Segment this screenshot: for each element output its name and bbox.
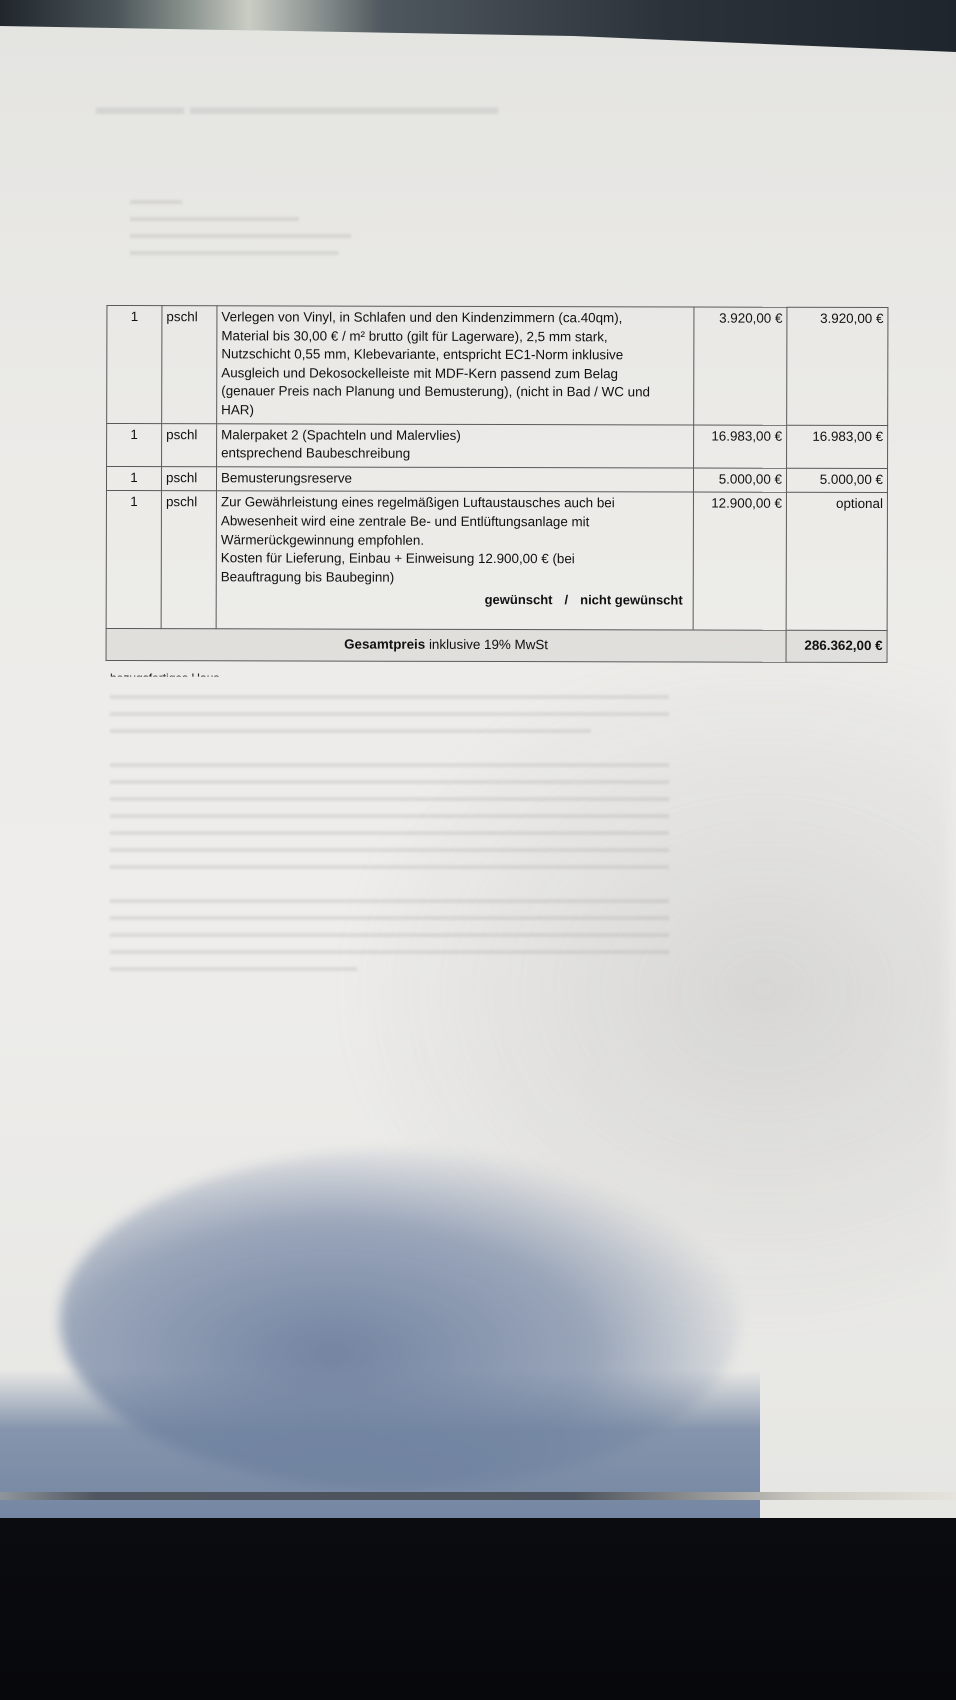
row-total: optional	[786, 493, 887, 631]
table-row: 1 pschl Zur Gewährleistung eines regelmä…	[106, 491, 887, 631]
row-quantity: 1	[107, 423, 162, 466]
description-line: Beauftragung bis Baubeginn)	[221, 568, 689, 588]
row-quantity: 1	[107, 305, 162, 423]
row-description: Verlegen von Vinyl, in Schlafen und den …	[217, 306, 694, 425]
grand-total: 286.362,00 €	[786, 630, 887, 662]
row-description: Malerpaket 2 (Spachteln und Malervlies) …	[217, 423, 694, 467]
table-row: 1 pschl Malerpaket 2 (Spachteln und Male…	[107, 423, 888, 468]
description-line: Kosten für Lieferung, Einbau + Einweisun…	[221, 549, 689, 569]
table-row: 1 pschl Bemusterungsreserve 5.000,00 € 5…	[106, 466, 887, 493]
description-line: Abwesenheit wird eine zentrale Be- und E…	[221, 512, 689, 532]
background-surface-bottom	[0, 1518, 956, 1700]
description-line: Wärmerückgewinnung empfohlen.	[221, 531, 689, 551]
description-line: Nutzschicht 0,55 mm, Klebevariante, ents…	[221, 345, 689, 365]
row-unit-price: 5.000,00 €	[693, 468, 786, 493]
total-label-rest: inklusive 19% MwSt	[425, 637, 548, 652]
row-quantity: 1	[106, 491, 161, 629]
table-row: 1 pschl Verlegen von Vinyl, in Schlafen …	[107, 305, 888, 425]
description-line: (genauer Preis nach Planung und Bemuster…	[221, 383, 689, 403]
total-row: Gesamtpreis inklusive 19% MwSt 286.362,0…	[106, 628, 887, 662]
description-line: entsprechend Baubeschreibung	[221, 444, 689, 464]
row-unit-price: 3.920,00 €	[694, 307, 787, 425]
option-not-wanted[interactable]: nicht gewünscht	[580, 593, 683, 608]
paper-edge	[0, 1492, 956, 1500]
row-unit: pschl	[161, 491, 216, 629]
description-line: Material bis 30,00 € / m² brutto (gilt f…	[221, 327, 689, 347]
description-line: Ausgleich und Dekosockelleiste mit MDF-K…	[221, 364, 689, 384]
row-unit: pschl	[162, 306, 217, 424]
total-label: Gesamtpreis inklusive 19% MwSt	[106, 628, 786, 661]
row-total: 5.000,00 €	[786, 468, 887, 493]
description-line: Verlegen von Vinyl, in Schlafen und den …	[221, 308, 689, 328]
description-line: Bemusterungsreserve	[221, 469, 689, 489]
option-choice: gewünscht/nicht gewünscht	[221, 591, 689, 611]
row-unit-price: 12.900,00 €	[693, 492, 786, 630]
total-label-bold: Gesamtpreis	[344, 637, 425, 652]
row-unit-price: 16.983,00 €	[694, 425, 787, 468]
row-description: Bemusterungsreserve	[216, 467, 693, 493]
bleed-through-text: ▬▬▬▬ ▬▬▬▬▬▬▬▬▬▬▬▬▬▬	[96, 98, 856, 115]
row-quantity: 1	[106, 466, 161, 491]
description-line: Zur Gewährleistung eines regelmäßigen Lu…	[221, 494, 689, 514]
row-total: 3.920,00 €	[787, 307, 888, 425]
row-description: Zur Gewährleistung eines regelmäßigen Lu…	[216, 491, 693, 630]
row-unit: pschl	[162, 423, 217, 466]
option-separator: /	[564, 592, 568, 607]
description-line: HAR)	[221, 401, 689, 421]
row-unit: pschl	[161, 466, 216, 491]
bleed-through-text: ▬▬▬▬▬▬▬▬▬▬▬▬▬▬▬▬▬▬▬▬▬▬▬▬▬▬▬▬▬▬▬▬▬▬▬▬▬▬▬▬…	[130, 191, 430, 259]
description-line: Malerpaket 2 (Spachteln und Malervlies)	[221, 426, 689, 446]
option-wanted[interactable]: gewünscht	[485, 592, 553, 607]
quote-table: 1 pschl Verlegen von Vinyl, in Schlafen …	[106, 305, 889, 663]
row-total: 16.983,00 €	[787, 425, 888, 468]
